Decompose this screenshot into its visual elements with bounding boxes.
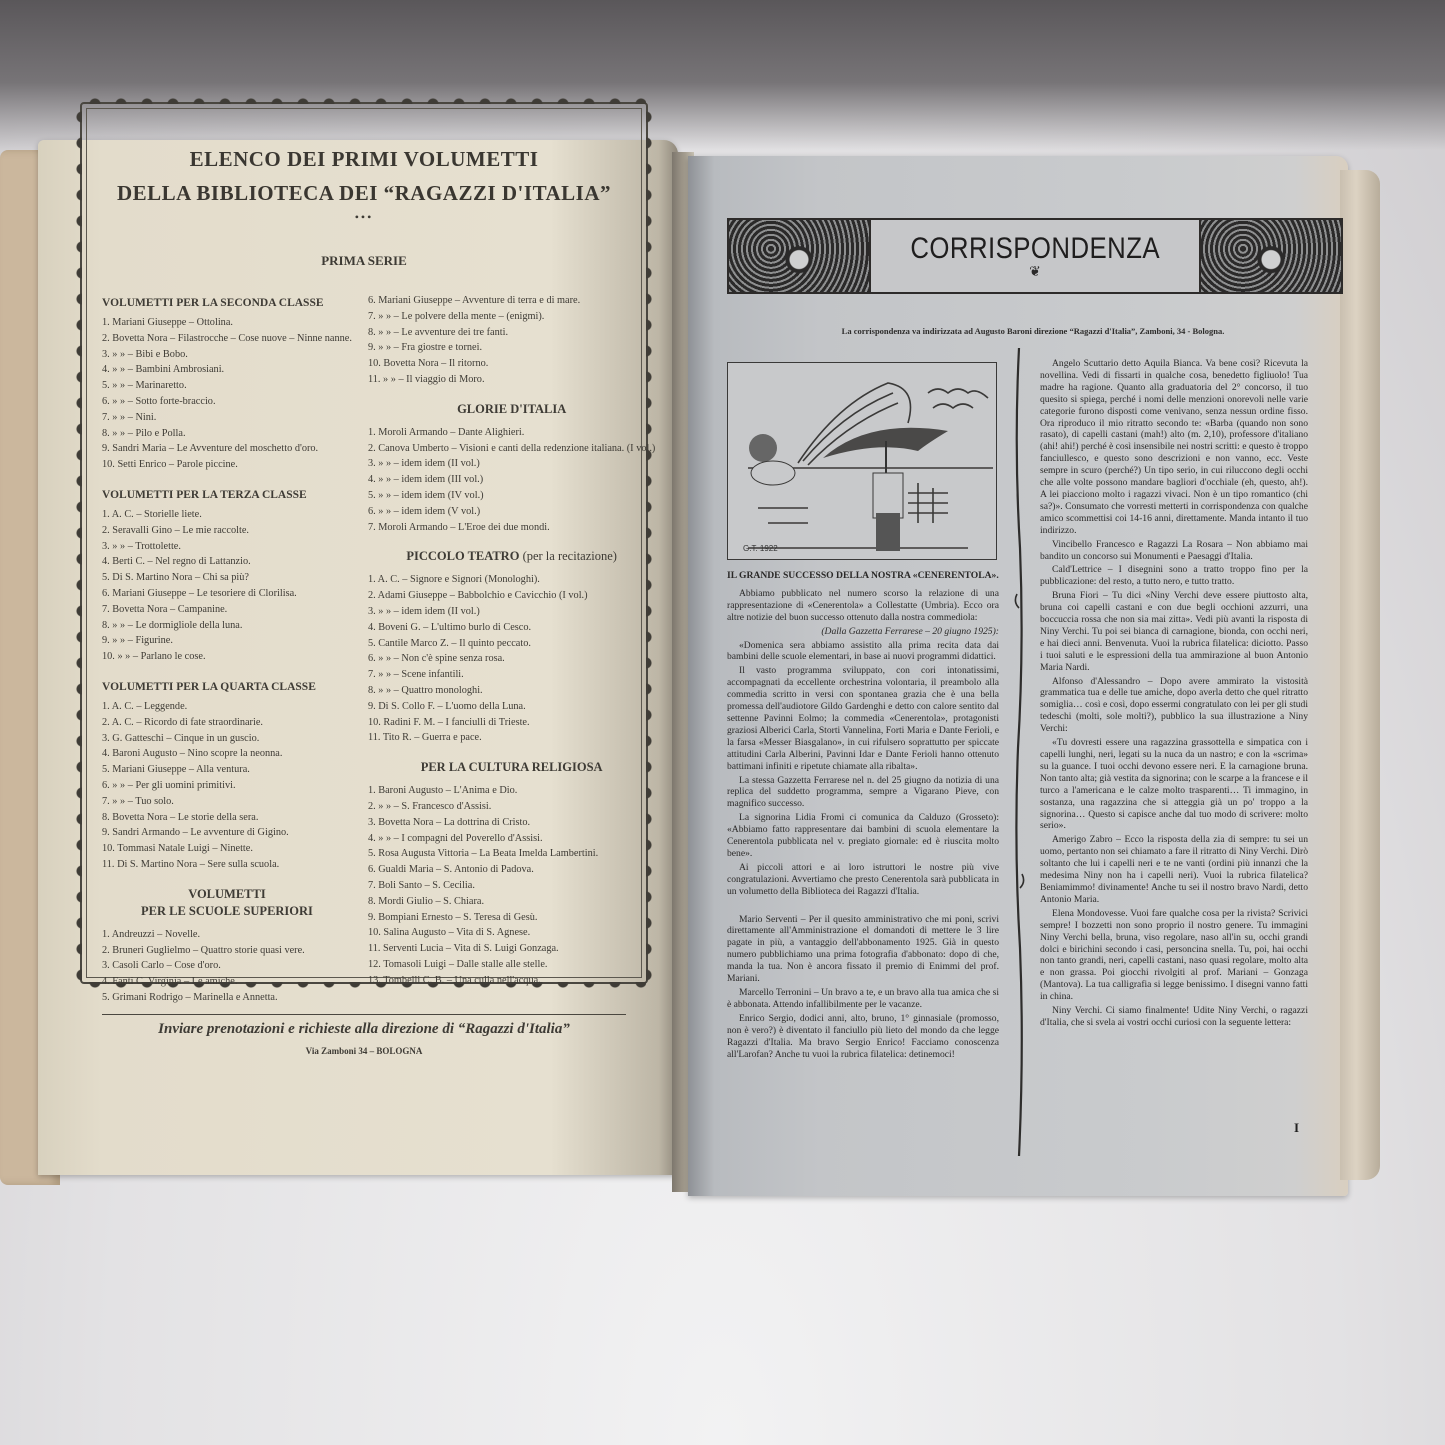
corrispondenza-banner: CORRISPONDENZA ❦: [727, 218, 1343, 294]
letter-paragraph: La stessa Gazzetta Ferrarese nel n. del …: [727, 775, 999, 811]
catalog-entry: 4. Baroni Augusto – Nino scopre la neonn…: [102, 746, 352, 762]
letter-paragraph: Mario Serventi – Per il quesito amminist…: [727, 914, 999, 985]
catalog-entry: 10. » » – Parlano le cose.: [102, 649, 352, 665]
entry-list-seconda: 1. Mariani Giuseppe – Ottolina.2. Bovett…: [102, 315, 352, 473]
letters-right: Angelo Scuttario detto Aquila Bianca. Va…: [1040, 358, 1308, 1029]
catalog-entry: 4. » » – idem idem (III vol.): [368, 472, 655, 488]
section-heading-religiosa: PER LA CULTURA RELIGIOSA: [368, 760, 655, 775]
section-heading-teatro: PICCOLO TEATRO (per la recitazione): [368, 549, 655, 564]
catalog-entry: 10. Radini F. M. – I fanciulli di Triest…: [368, 715, 655, 731]
catalog-entry: 10. Tommasi Natale Luigi – Ninette.: [102, 841, 352, 857]
catalog-entry: 9. Di S. Collo F. – L'uomo della Luna.: [368, 699, 655, 715]
catalog-entry: 11. » » – Il viaggio di Moro.: [368, 372, 655, 388]
catalog-entry: 4. Berti C. – Nel regno di Lattanzio.: [102, 554, 352, 570]
section-heading-seconda: VOLUMETTI PER LA SECONDA CLASSE: [102, 297, 352, 309]
series-heading: PRIMA SERIE: [102, 253, 626, 269]
catalog-column-right: 6. Mariani Giuseppe – Avventure di terra…: [368, 287, 655, 1006]
letter-paragraph: Enrico Sergio, dodici anni, alto, bruno,…: [727, 1013, 999, 1061]
catalog-entry: 8. Bovetta Nora – Le storie della sera.: [102, 810, 352, 826]
catalog-entry: 10. Salina Augusto – Vita di S. Agnese.: [368, 925, 655, 941]
catalog-entry: 6. » » – Sotto forte-braccio.: [102, 394, 352, 410]
correspondence-column-left: IL GRANDE SUCCESSO DELLA NOSTRA «CENEREN…: [727, 570, 999, 1130]
catalog-entry: 1. Mariani Giuseppe – Ottolina.: [102, 315, 352, 331]
catalog-entry: 8. » » – Pilo e Polla.: [102, 426, 352, 442]
catalog-entry: 12. Tomasoli Luigi – Dalle stalle alle s…: [368, 957, 655, 973]
catalog-entry: 11. Tito R. – Guerra e pace.: [368, 730, 655, 746]
catalog-entry: 8. Mordi Giulio – S. Chiara.: [368, 894, 655, 910]
letter-paragraph: Angelo Scuttario detto Aquila Bianca. Va…: [1040, 358, 1308, 537]
letter-paragraph: Amerigo Zabro – Ecco la risposta della z…: [1040, 834, 1308, 905]
section-heading-superiori-2: PER LE SCUOLE SUPERIORI: [102, 904, 352, 919]
ornament-dots-icon: •••: [102, 210, 626, 225]
catalog-entry: 5. » » – Marinaretto.: [102, 378, 352, 394]
scalloped-border-icon: [70, 104, 82, 982]
catalog-content: ELENCO DEI PRIMI VOLUMETTI DELLA BIBLIOT…: [102, 124, 626, 962]
catalog-entry: 1. A. C. – Leggende.: [102, 699, 352, 715]
letter-paragraph: Ai piccoli attori e ai loro istruttori l…: [727, 862, 999, 898]
section-heading-terza: VOLUMETTI PER LA TERZA CLASSE: [102, 489, 352, 501]
letter-paragraph: Il vasto programma sviluppato, con cori …: [727, 665, 999, 772]
catalog-entry: 10. Bovetta Nora – Il ritorno.: [368, 356, 655, 372]
catalog-entry: 4. Boveni G. – L'ultimo burlo di Cesco.: [368, 620, 655, 636]
catalog-entry: 3. » » – Bibi e Bobo.: [102, 347, 352, 363]
catalog-entry: 8. » » – Le avventure dei tre fanti.: [368, 325, 655, 341]
catalog-entry: 2. Canova Umberto – Visioni e canti dell…: [368, 441, 655, 457]
correspondence-column-right: Angelo Scuttario detto Aquila Bianca. Va…: [1040, 358, 1308, 1128]
catalog-entry: 6. » » – idem idem (V vol.): [368, 504, 655, 520]
letter-paragraph: Marcello Terronini – Un bravo a te, e un…: [727, 987, 999, 1011]
catalog-entry: 5. Grimani Rodrigo – Marinella e Annetta…: [102, 990, 352, 1006]
section-heading-quarta: VOLUMETTI PER LA QUARTA CLASSE: [102, 681, 352, 693]
catalog-entry: 2. » » – S. Francesco d'Assisi.: [368, 799, 655, 815]
svg-text:G.T. 1922: G.T. 1922: [743, 544, 778, 553]
catalog-entry: 9. » » – Fra giostre e tornei.: [368, 340, 655, 356]
catalog-frame: ELENCO DEI PRIMI VOLUMETTI DELLA BIBLIOT…: [80, 102, 648, 984]
letter-paragraph: Bruna Fiori – Tu dici «Niny Verchi deve …: [1040, 590, 1308, 673]
footer-divider: [102, 1014, 626, 1015]
catalog-title-line1: ELENCO DEI PRIMI VOLUMETTI: [102, 142, 626, 176]
floral-ornament-icon: [729, 220, 871, 292]
entry-list-quarta: 1. A. C. – Leggende.2. A. C. – Ricordo d…: [102, 699, 352, 873]
teatro-title: PICCOLO TEATRO: [406, 549, 519, 563]
catalog-entry: 1. Moroli Armando – Dante Alighieri.: [368, 425, 655, 441]
catalog-entry: 7. Boli Santo – S. Cecilia.: [368, 878, 655, 894]
right-page-stack: [1340, 170, 1380, 1180]
entry-list-religiosa: 1. Baroni Augusto – L'Anima e Dio.2. » »…: [368, 783, 655, 988]
catalog-entry: 7. » » – Scene infantili.: [368, 667, 655, 683]
page-number: I: [1294, 1120, 1299, 1136]
letter-paragraph: «Domenica sera abbiamo assistito alla pr…: [727, 640, 999, 664]
catalog-entry: 10. Setti Enrico – Parole piccine.: [102, 457, 352, 473]
catalog-entry: 11. Serventi Lucia – Vita di S. Luigi Go…: [368, 941, 655, 957]
catalog-entry: 6. » » – Non c'è spine senza rosa.: [368, 651, 655, 667]
catalog-entry: 4. » » – I compagni del Poverello d'Assi…: [368, 831, 655, 847]
leaf-ornament-icon: ❦: [1029, 266, 1041, 280]
letter-paragraph: Alfonso d'Alessandro – Dopo avere ammira…: [1040, 676, 1308, 736]
letter-paragraph: «Tu dovresti essere una ragazzina grasso…: [1040, 737, 1308, 832]
entry-list-glorie: 1. Moroli Armando – Dante Alighieri.2. C…: [368, 425, 655, 536]
letter-paragraph: (Dalla Gazzetta Ferrarese – 20 giugno 19…: [727, 626, 999, 638]
catalog-entry: 6. » » – Per gli uomini primitivi.: [102, 778, 352, 794]
catalog-entry: 1. A. C. – Storielle liete.: [102, 507, 352, 523]
catalog-entry: 5. Rosa Augusta Vittoria – La Beata Imel…: [368, 846, 655, 862]
banner-title: CORRISPONDENZA: [910, 232, 1160, 266]
catalog-entry: 6. Gualdi Maria – S. Antonio di Padova.: [368, 862, 655, 878]
letter-paragraph: Abbiamo pubblicato nel numero scorso la …: [727, 588, 999, 624]
teatro-note: (per la recitazione): [523, 549, 617, 563]
catalog-entry: 6. Mariani Giuseppe – Avventure di terra…: [368, 293, 655, 309]
catalog-entry: 3. Casoli Carlo – Cose d'oro.: [102, 958, 352, 974]
catalog-entry: 4. Fanti C. Virginia – Le amiche.: [102, 974, 352, 990]
catalog-entry: 2. A. C. – Ricordo di fate straordinarie…: [102, 715, 352, 731]
umbrella-cartoon-illustration: G.T. 1922: [727, 362, 997, 560]
footer-note: Inviare prenotazioni e richieste alla di…: [102, 1021, 626, 1038]
catalog-column-left: VOLUMETTI PER LA SECONDA CLASSE 1. Maria…: [102, 287, 352, 1006]
catalog-entry: 13. Tombelli C. B. – Una culla nell'acqu…: [368, 973, 655, 989]
correspondence-address: La corrispondenza va indirizzata ad Augu…: [727, 326, 1339, 336]
catalog-entry: 3. » » – idem idem (II vol.): [368, 604, 655, 620]
catalog-entry: 9. Sandri Armando – Le avventure di Gigi…: [102, 825, 352, 841]
section-heading-glorie: GLORIE D'ITALIA: [368, 402, 655, 417]
catalog-entry: 8. » » – Le dormigliole della luna.: [102, 618, 352, 634]
catalog-entry: 1. A. C. – Signore e Signori (Monologhi)…: [368, 572, 655, 588]
catalog-entry: 2. Adami Giuseppe – Babbolchio e Cavicch…: [368, 588, 655, 604]
catalog-title-line2: DELLA BIBLIOTECA DEI “RAGAZZI D'ITALIA”: [102, 176, 626, 210]
catalog-entry: 5. Mariani Giuseppe – Alla ventura.: [102, 762, 352, 778]
catalog-entry: 3. Bovetta Nora – La dottrina di Cristo.: [368, 815, 655, 831]
scalloped-border-icon: [82, 92, 646, 104]
letter-paragraph: Elena Mondovesse. Vuoi fare qualche cosa…: [1040, 908, 1308, 1003]
floral-ornament-icon: [1199, 220, 1341, 292]
catalog-entry: 1. Baroni Augusto – L'Anima e Dio.: [368, 783, 655, 799]
catalog-entry: 1. Andreuzzi – Novelle.: [102, 927, 352, 943]
footer-address: Via Zamboni 34 – BOLOGNA: [102, 1046, 626, 1056]
section-heading-superiori-1: VOLUMETTI: [102, 887, 352, 902]
letter-paragraph: Cald'Lettrice – I disegnini sono a tratt…: [1040, 564, 1308, 588]
catalog-entry: 4. » » – Bambini Ambrosiani.: [102, 362, 352, 378]
catalog-entry: 7. » » – Le polvere della mente – (enigm…: [368, 309, 655, 325]
cenerentola-article: Abbiamo pubblicato nel numero scorso la …: [727, 588, 999, 898]
vine-divider-icon: [1012, 348, 1026, 1156]
catalog-entry: 5. Cantile Marco Z. – Il quinto peccato.: [368, 636, 655, 652]
letters-left: Mario Serventi – Per il quesito amminist…: [727, 914, 999, 1061]
letter-paragraph: La signorina Lidia Fromi ci comunica da …: [727, 812, 999, 860]
entry-list-seconda-cont: 6. Mariani Giuseppe – Avventure di terra…: [368, 293, 655, 388]
catalog-entry: 9. Sandri Maria – Le Avventure del mosch…: [102, 441, 352, 457]
entry-list-terza: 1. A. C. – Storielle liete.2. Seravalli …: [102, 507, 352, 665]
catalog-entry: 7. » » – Nini.: [102, 410, 352, 426]
entry-list-teatro: 1. A. C. – Signore e Signori (Monologhi)…: [368, 572, 655, 746]
cenerentola-headline: IL GRANDE SUCCESSO DELLA NOSTRA «CENEREN…: [727, 570, 999, 582]
catalog-entry: 11. Di S. Martino Nora – Sere sulla scuo…: [102, 857, 352, 873]
catalog-entry: 5. » » – idem idem (IV vol.): [368, 488, 655, 504]
catalog-entry: 2. Seravalli Gino – Le mie raccolte.: [102, 523, 352, 539]
letter-paragraph: Niny Verchi. Ci siamo finalmente! Udite …: [1040, 1005, 1308, 1029]
catalog-entry: 5. Di S. Martino Nora – Chi sa più?: [102, 570, 352, 586]
catalog-entry: 2. Bruneri Guglielmo – Quattro storie qu…: [102, 943, 352, 959]
catalog-entry: 2. Bovetta Nora – Filastrocche – Cose nu…: [102, 331, 352, 347]
catalog-entry: 3. G. Gatteschi – Cinque in un guscio.: [102, 731, 352, 747]
catalog-entry: 7. » » – Tuo solo.: [102, 794, 352, 810]
catalog-entry: 3. » » – idem idem (II vol.): [368, 456, 655, 472]
catalog-entry: 7. Bovetta Nora – Campanine.: [102, 602, 352, 618]
letter-paragraph: Vincibello Francesco e Ragazzi La Rosara…: [1040, 539, 1308, 563]
banner-center: CORRISPONDENZA ❦: [871, 220, 1199, 292]
entry-list-superiori: 1. Andreuzzi – Novelle.2. Bruneri Guglie…: [102, 927, 352, 1006]
catalog-entry: 3. » » – Trottolette.: [102, 539, 352, 555]
catalog-entry: 9. Bompiani Ernesto – S. Teresa di Gesù.: [368, 910, 655, 926]
catalog-entry: 8. » » – Quattro monologhi.: [368, 683, 655, 699]
catalog-entry: 9. » » – Figurine.: [102, 633, 352, 649]
catalog-entry: 6. Mariani Giuseppe – Le tesoriere di Cl…: [102, 586, 352, 602]
catalog-entry: 7. Moroli Armando – L'Eroe dei due mondi…: [368, 520, 655, 536]
umbrella-wind-icon: G.T. 1922: [728, 363, 996, 559]
